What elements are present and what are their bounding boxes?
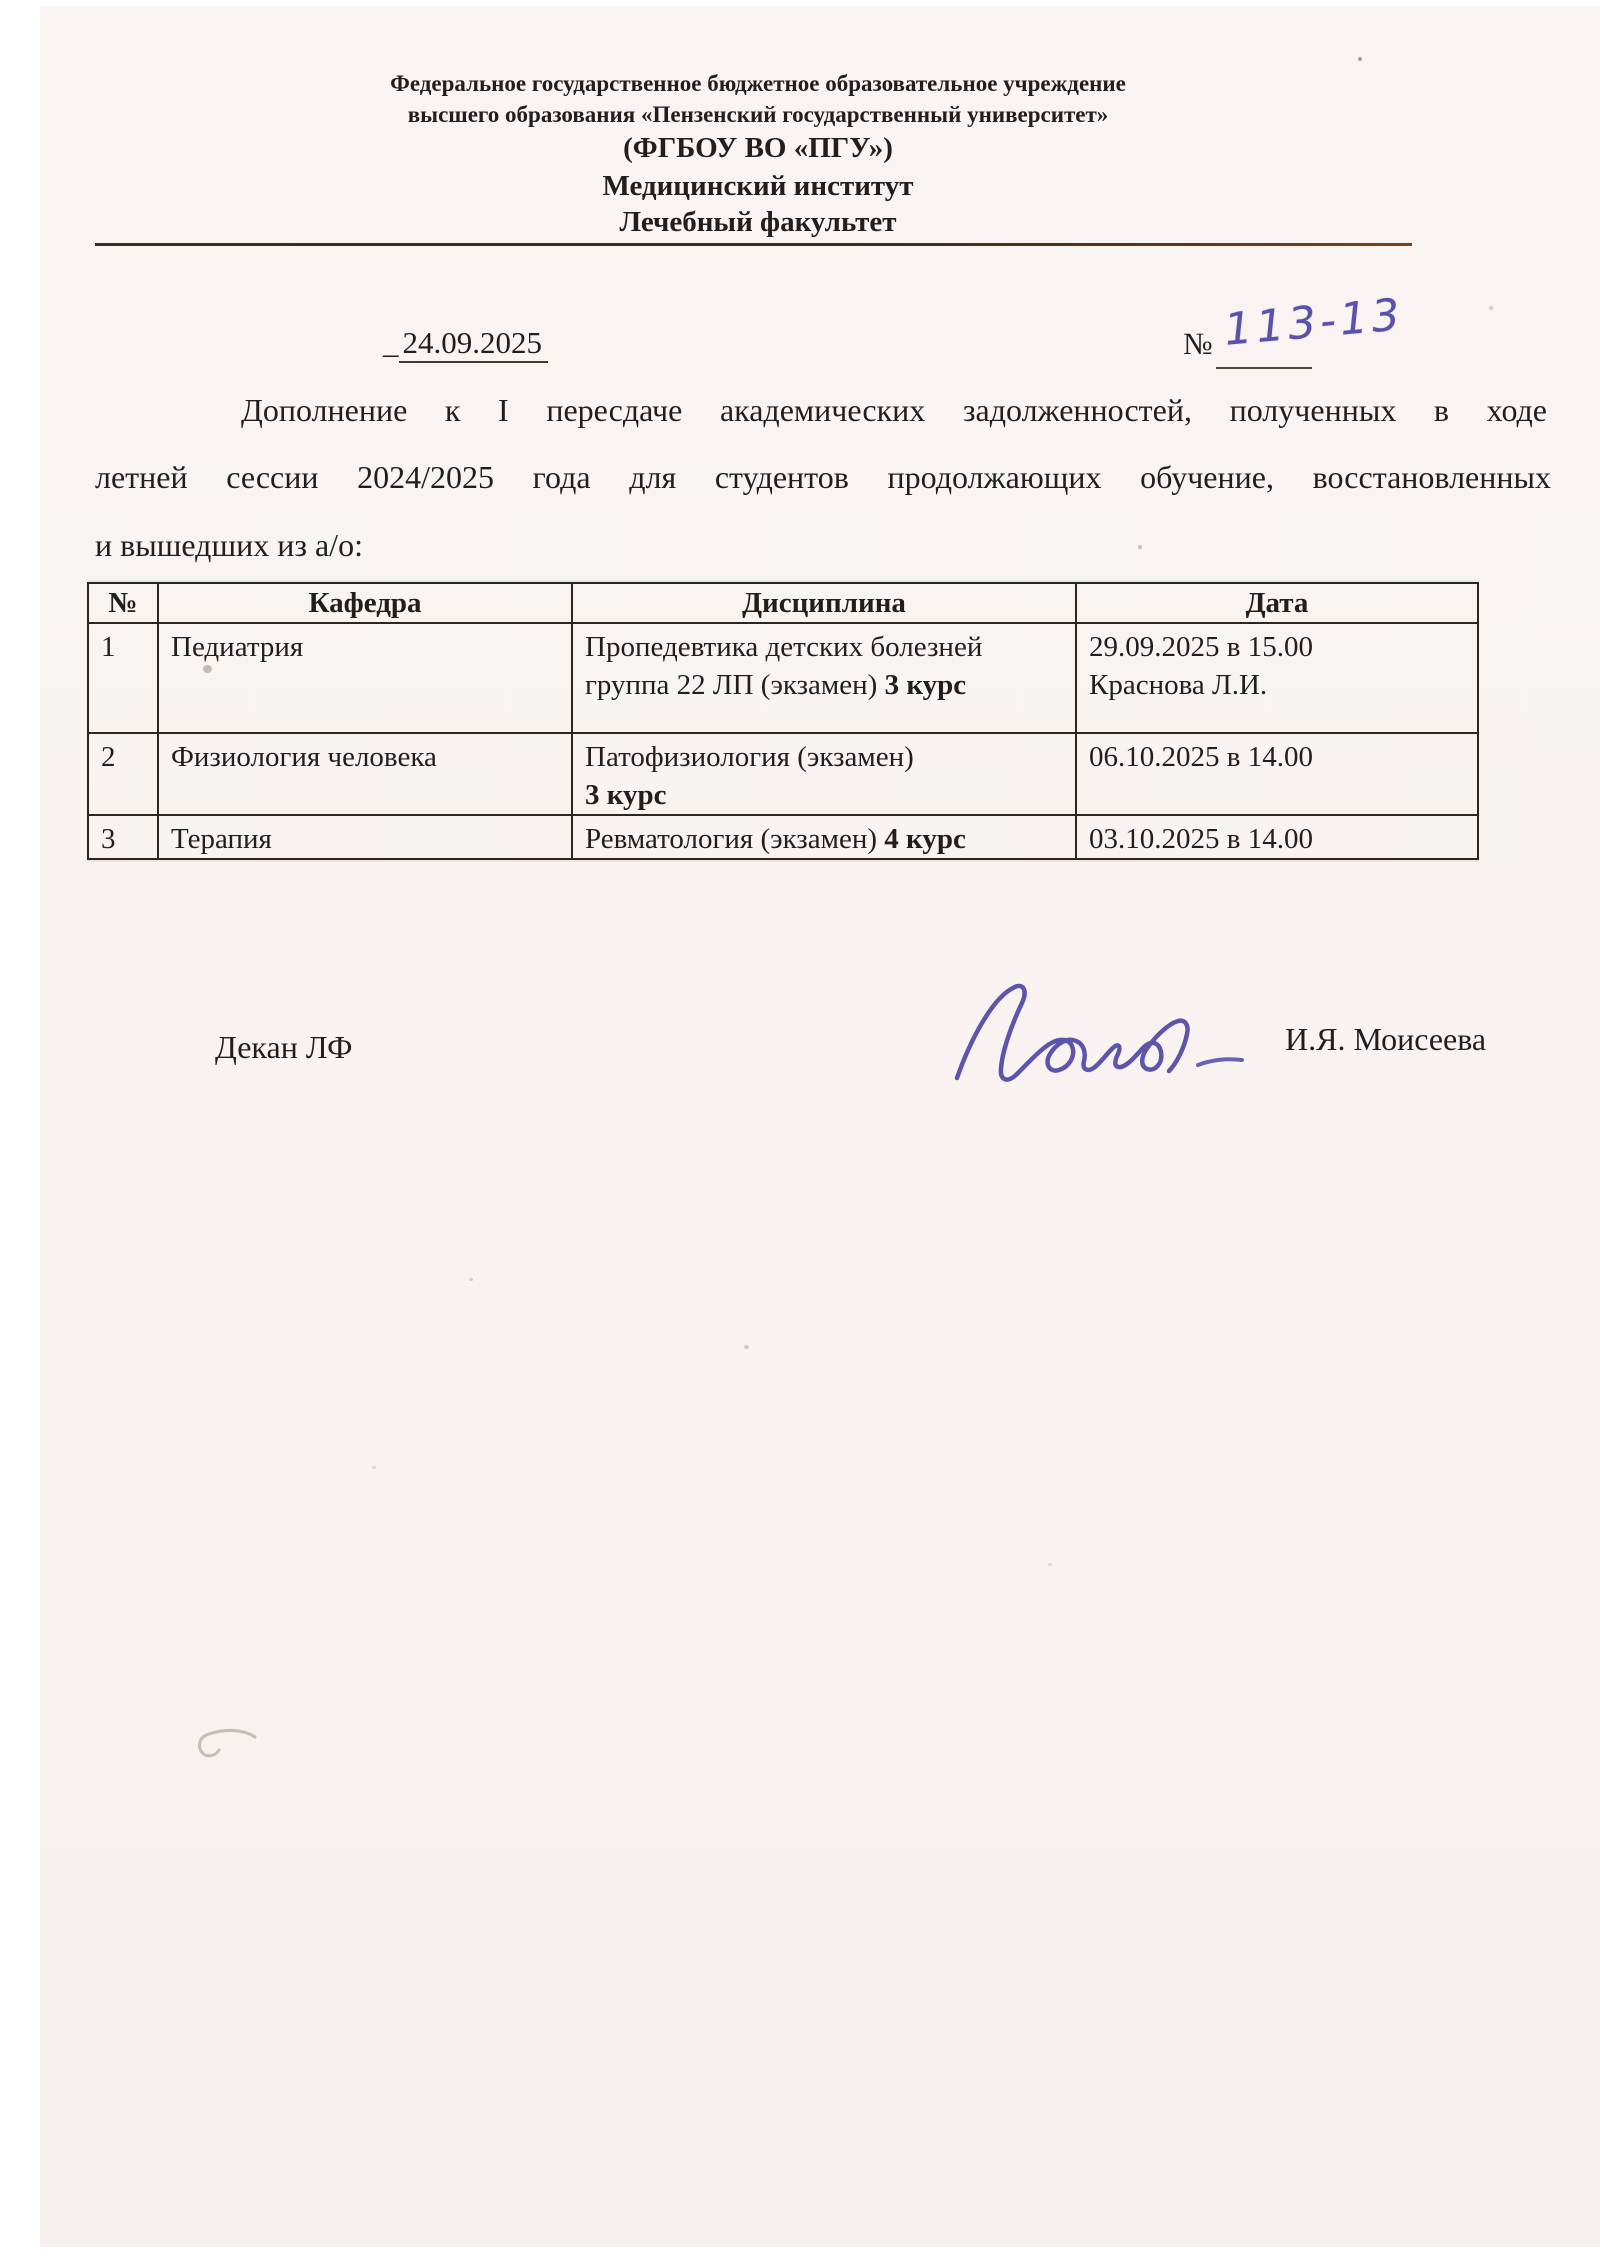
- cell-disc: Патофизиология (экзамен) 3 курс: [572, 733, 1076, 815]
- disc-line-2: 3 курс: [585, 776, 1067, 814]
- institute-name: Медицинский институт: [99, 170, 1417, 203]
- cell-dept: Педиатрия: [158, 623, 572, 733]
- disc-line-1: Пропедевтика детских болезней: [585, 628, 1067, 666]
- table-header-row: № Кафедра Дисциплина Дата: [88, 583, 1478, 623]
- signer-name: И.Я. Моисеева: [1285, 1021, 1486, 1058]
- disc-line-1: Ревматология (экзамен) 4 курс: [585, 820, 1067, 858]
- cell-num: 1: [88, 623, 158, 733]
- scan-speck: [203, 665, 212, 673]
- scanned-document-page: Федеральное государственное бюджетное об…: [0, 0, 1600, 2263]
- retake-schedule-table: № Кафедра Дисциплина Дата 1 Педиатрия Пр…: [87, 582, 1479, 860]
- date-value: 24.09.2025: [399, 325, 549, 363]
- cell-dept: Физиология человека: [158, 733, 572, 815]
- date-prefix-underscore: _: [383, 325, 399, 360]
- disc-line-1: Патофизиология (экзамен): [585, 738, 1067, 776]
- body-paragraph-line-3: и вышедших из а/о:: [95, 525, 363, 565]
- scan-speck: [1048, 1563, 1052, 1566]
- disc-line-2: группа 22 ЛП (экзамен) 3 курс: [585, 666, 1067, 704]
- document-date: _24.09.2025: [383, 325, 548, 361]
- table-row: 2 Физиология человека Патофизиология (эк…: [88, 733, 1478, 815]
- cell-date: 06.10.2025 в 14.00: [1076, 733, 1478, 815]
- scan-speck: [372, 1466, 376, 1469]
- letterhead-divider-line: [95, 243, 1412, 246]
- faculty-name: Лечебный факультет: [99, 206, 1417, 239]
- body-paragraph-line-1: Дополнение к I пересдаче академических з…: [95, 390, 1547, 430]
- cell-dept: Терапия: [158, 815, 572, 859]
- cell-date: 03.10.2025 в 14.00: [1076, 815, 1478, 859]
- scan-speck: [1138, 545, 1142, 549]
- date-line-1: 03.10.2025 в 14.00: [1089, 820, 1469, 858]
- date-line-1: 06.10.2025 в 14.00: [1089, 738, 1469, 776]
- faint-pencil-mark-icon: [195, 1722, 270, 1764]
- org-name-line-1: Федеральное государственное бюджетное об…: [99, 71, 1417, 97]
- scan-speck: [469, 1278, 473, 1281]
- cell-date: 29.09.2025 в 15.00 Краснова Л.И.: [1076, 623, 1478, 733]
- body-paragraph-line-2: летней сессии 2024/2025 года для студент…: [95, 457, 1551, 497]
- cell-num: 2: [88, 733, 158, 815]
- cell-disc: Пропедевтика детских болезней группа 22 …: [572, 623, 1076, 733]
- col-header-disc: Дисциплина: [572, 583, 1076, 623]
- date-line-2: Краснова Л.И.: [1089, 666, 1469, 704]
- col-header-num: №: [88, 583, 158, 623]
- number-underline: [1216, 367, 1312, 369]
- scan-speck: [1358, 57, 1362, 61]
- org-name-line-2: высшего образования «Пензенский государс…: [99, 102, 1417, 128]
- date-line-1: 29.09.2025 в 15.00: [1089, 628, 1469, 666]
- signer-position-label: Декан ЛФ: [215, 1029, 352, 1066]
- table-row: 3 Терапия Ревматология (экзамен) 4 курс …: [88, 815, 1478, 859]
- cell-num: 3: [88, 815, 158, 859]
- cell-disc: Ревматология (экзамен) 4 курс: [572, 815, 1076, 859]
- number-label: №: [1183, 326, 1213, 362]
- table-row: 1 Педиатрия Пропедевтика детских болезне…: [88, 623, 1478, 733]
- scan-speck: [744, 1345, 749, 1349]
- scan-speck: [1489, 306, 1493, 310]
- col-header-date: Дата: [1076, 583, 1478, 623]
- org-abbreviation: (ФГБОУ ВО «ПГУ»): [99, 132, 1417, 165]
- signature-icon: [943, 966, 1303, 1106]
- col-header-dept: Кафедра: [158, 583, 572, 623]
